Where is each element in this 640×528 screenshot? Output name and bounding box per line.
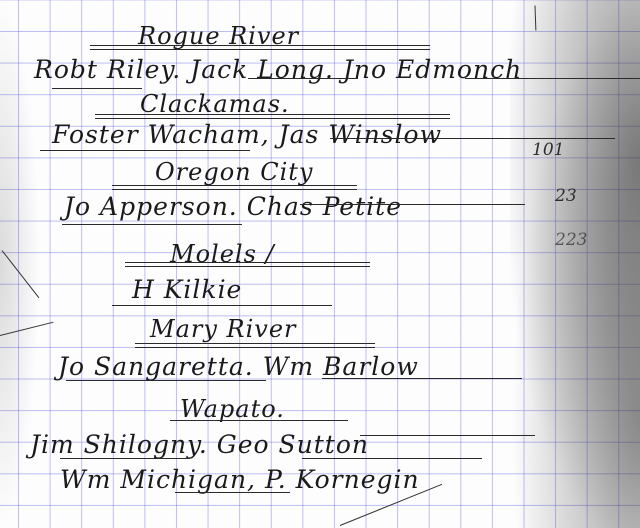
names-row-2: Foster Wacham, Jas Winslow: [52, 120, 442, 149]
location-heading-molels: Molels /: [170, 240, 275, 268]
underline: [52, 88, 142, 89]
page-shadow-right: [510, 0, 640, 528]
location-heading-oregon-city: Oregon City: [155, 158, 314, 186]
underline: [60, 458, 190, 459]
names-row-6: Jim Shilogny. Geo Sutton: [30, 430, 369, 459]
underline: [248, 78, 358, 79]
underline: [135, 343, 375, 344]
arrow-mark: [535, 5, 537, 30]
names-row-4: H Kilkie: [132, 275, 242, 304]
names-row-3: Jo Apperson. Chas Petite: [64, 192, 402, 221]
underline: [62, 224, 242, 225]
underline: [302, 458, 482, 459]
location-heading-wapato: Wapato.: [180, 395, 285, 423]
margin-note-23: 23: [555, 186, 577, 206]
names-row-7: Wm Michigan, P. Kornegin: [60, 465, 420, 494]
underline: [300, 204, 525, 205]
underline: [125, 262, 370, 263]
underline: [66, 380, 266, 381]
underline: [95, 114, 450, 115]
underline: [330, 138, 615, 139]
margin-note-223: 223: [555, 230, 587, 250]
underline: [170, 420, 348, 421]
underline: [40, 150, 250, 151]
scanned-document-page: Rogue River Robt Riley. Jack Long. Jno E…: [0, 0, 640, 528]
underline: [175, 492, 290, 493]
underline: [322, 378, 522, 379]
underline: [112, 185, 357, 186]
location-heading-mary-river: Mary River: [150, 315, 297, 343]
names-row-1: Robt Riley. Jack Long. Jno Edmonch: [34, 55, 522, 84]
margin-note-101: 101: [532, 140, 564, 160]
underline: [112, 305, 332, 306]
underline: [360, 435, 535, 436]
underline: [465, 78, 640, 79]
names-row-5: Jo Sangaretta. Wm Barlow: [58, 352, 419, 381]
underline: [90, 45, 430, 46]
